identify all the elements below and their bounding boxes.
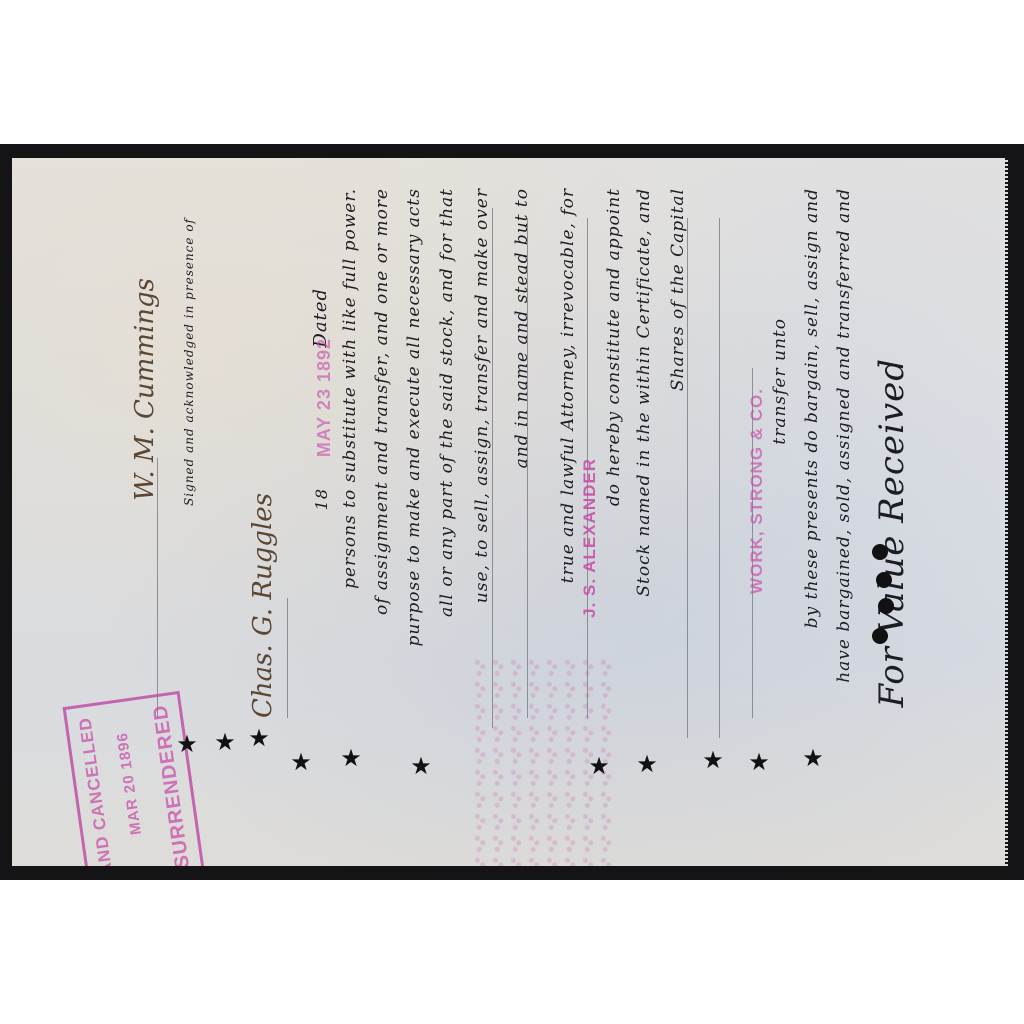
body-line: Shares of the Capital: [668, 188, 688, 391]
witness-signature: W. M. Cummings: [130, 278, 160, 501]
form-rule: [719, 218, 720, 738]
punch-hole-dot: [872, 628, 888, 644]
body-line: of assignment and transfer, and one or m…: [372, 188, 392, 615]
punch-hole-star: ★: [588, 756, 610, 778]
punch-hole-star: ★: [214, 732, 236, 754]
body-line: all or any part of the said stock, and f…: [437, 188, 457, 617]
punch-hole-star: ★: [702, 750, 724, 772]
stamp-line-date: MAR 20 1896: [114, 731, 145, 836]
body-line: purpose to make and execute all necessar…: [404, 188, 424, 647]
body-line: Stock named in the within Certificate, a…: [634, 188, 654, 597]
assignor-signature: Chas. G. Ruggles: [248, 493, 278, 718]
punch-hole-star: ★: [802, 748, 824, 770]
punch-hole-dot: [872, 544, 888, 560]
punch-hole-star: ★: [176, 734, 198, 756]
transferee-stamp: WORK, STRONG & CO.: [747, 388, 767, 594]
body-line: do hereby constitute and appoint: [604, 188, 624, 506]
body-line: transfer unto: [770, 318, 790, 445]
punch-hole-dot: [878, 598, 894, 614]
punch-hole-star: ★: [340, 748, 362, 770]
date-suffix: 18: [312, 488, 331, 510]
assignment-form: For Value Received have bargained, sold,…: [12, 158, 1008, 866]
punch-hole-star: ★: [748, 752, 770, 774]
date-stamp: MAY 23 1892: [314, 338, 335, 457]
form-rule: [492, 208, 493, 728]
punch-hole-dot: [876, 572, 892, 588]
punch-hole-star: ★: [410, 756, 432, 778]
punch-hole-star: ★: [636, 754, 658, 776]
attorney-stamp: J. S. ALEXANDER: [580, 458, 600, 618]
heading: For Value Received: [872, 358, 912, 708]
witness-label: Signed and acknowledged in presence of: [182, 218, 196, 506]
surrendered-cancelled-stamp: SURRENDERED MAR 20 1896 AND CANCELLED: [63, 691, 210, 866]
body-line: use, to sell, assign, transfer and make …: [472, 188, 492, 603]
certificate-paper: For Value Received have bargained, sold,…: [12, 158, 1008, 866]
punch-hole-star: ★: [248, 728, 270, 750]
stamp-line-cancelled: AND CANCELLED: [75, 716, 117, 866]
stamp-line-surrendered: SURRENDERED: [149, 703, 195, 866]
punch-hole-star: ★: [290, 752, 312, 774]
date-rule: [287, 598, 288, 718]
body-line: persons to substitute with like full pow…: [340, 188, 360, 589]
body-line: true and lawful Attorney, irrevocable, f…: [558, 188, 578, 583]
body-line: have bargained, sold, assigned and trans…: [834, 188, 854, 683]
body-line: by these presents do bargain, sell, assi…: [802, 188, 822, 628]
body-line: and in name and stead but to: [512, 188, 532, 468]
